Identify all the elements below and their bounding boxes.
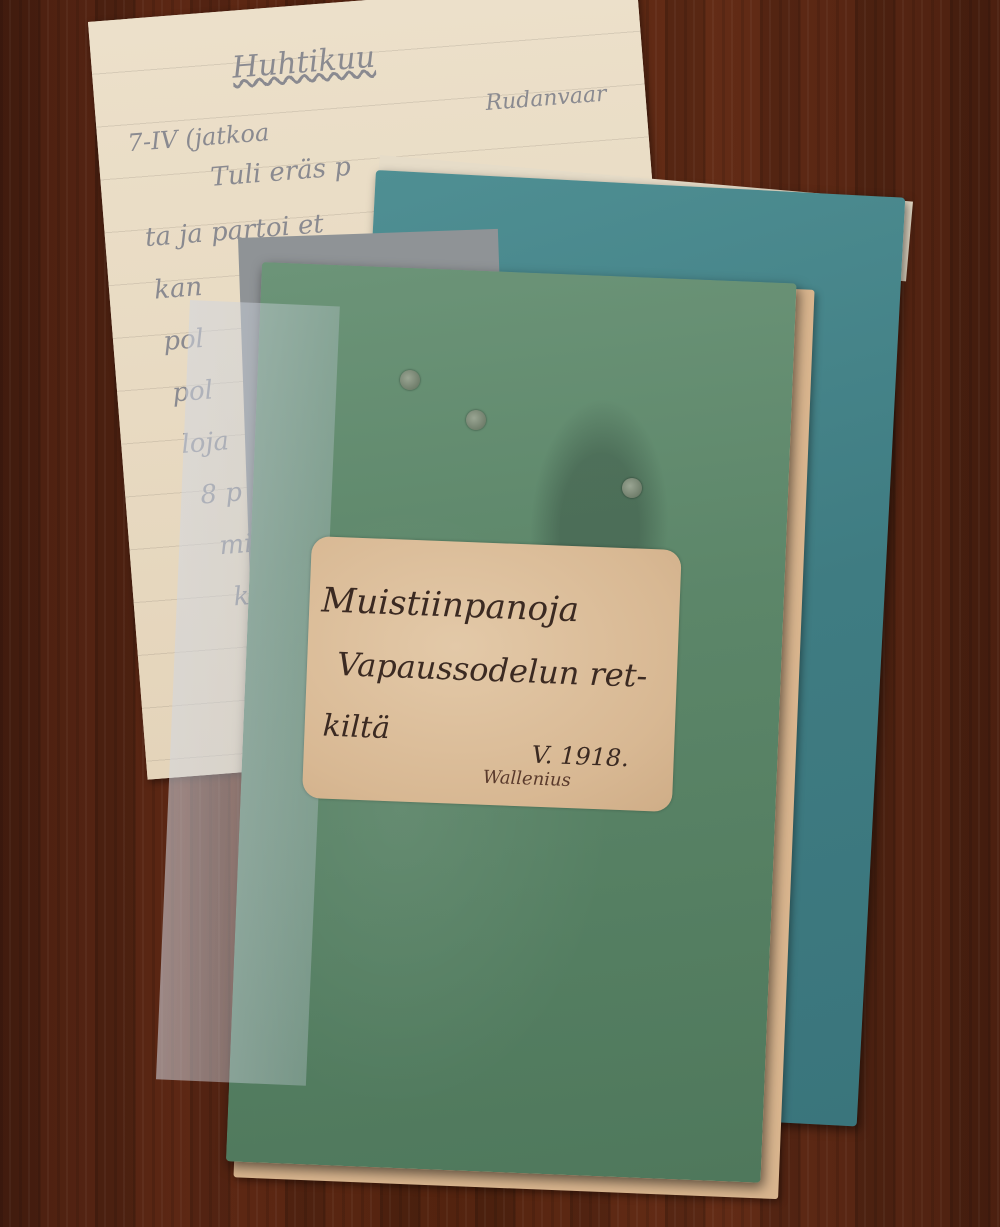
date-line: 7-IV (jatkoa [127, 118, 271, 157]
label-date: V. 1918. [531, 741, 629, 773]
rivet [466, 410, 486, 430]
label-line-2: Vapaussodelun ret- [336, 645, 648, 695]
page-heading: Huhtikuu [231, 40, 377, 86]
top-right-text: Rudanvaar [485, 82, 608, 116]
rivet [400, 370, 420, 390]
text-line: Tuli eräs p [209, 152, 351, 193]
rivet [622, 478, 642, 498]
cover-label: Muistiinpanoja Vapaussodelun ret- kiltä … [302, 536, 682, 812]
label-signature: Wallenius [482, 767, 571, 791]
label-line-3: kiltä [322, 709, 391, 747]
label-line-1: Muistiinpanoja [321, 580, 580, 630]
